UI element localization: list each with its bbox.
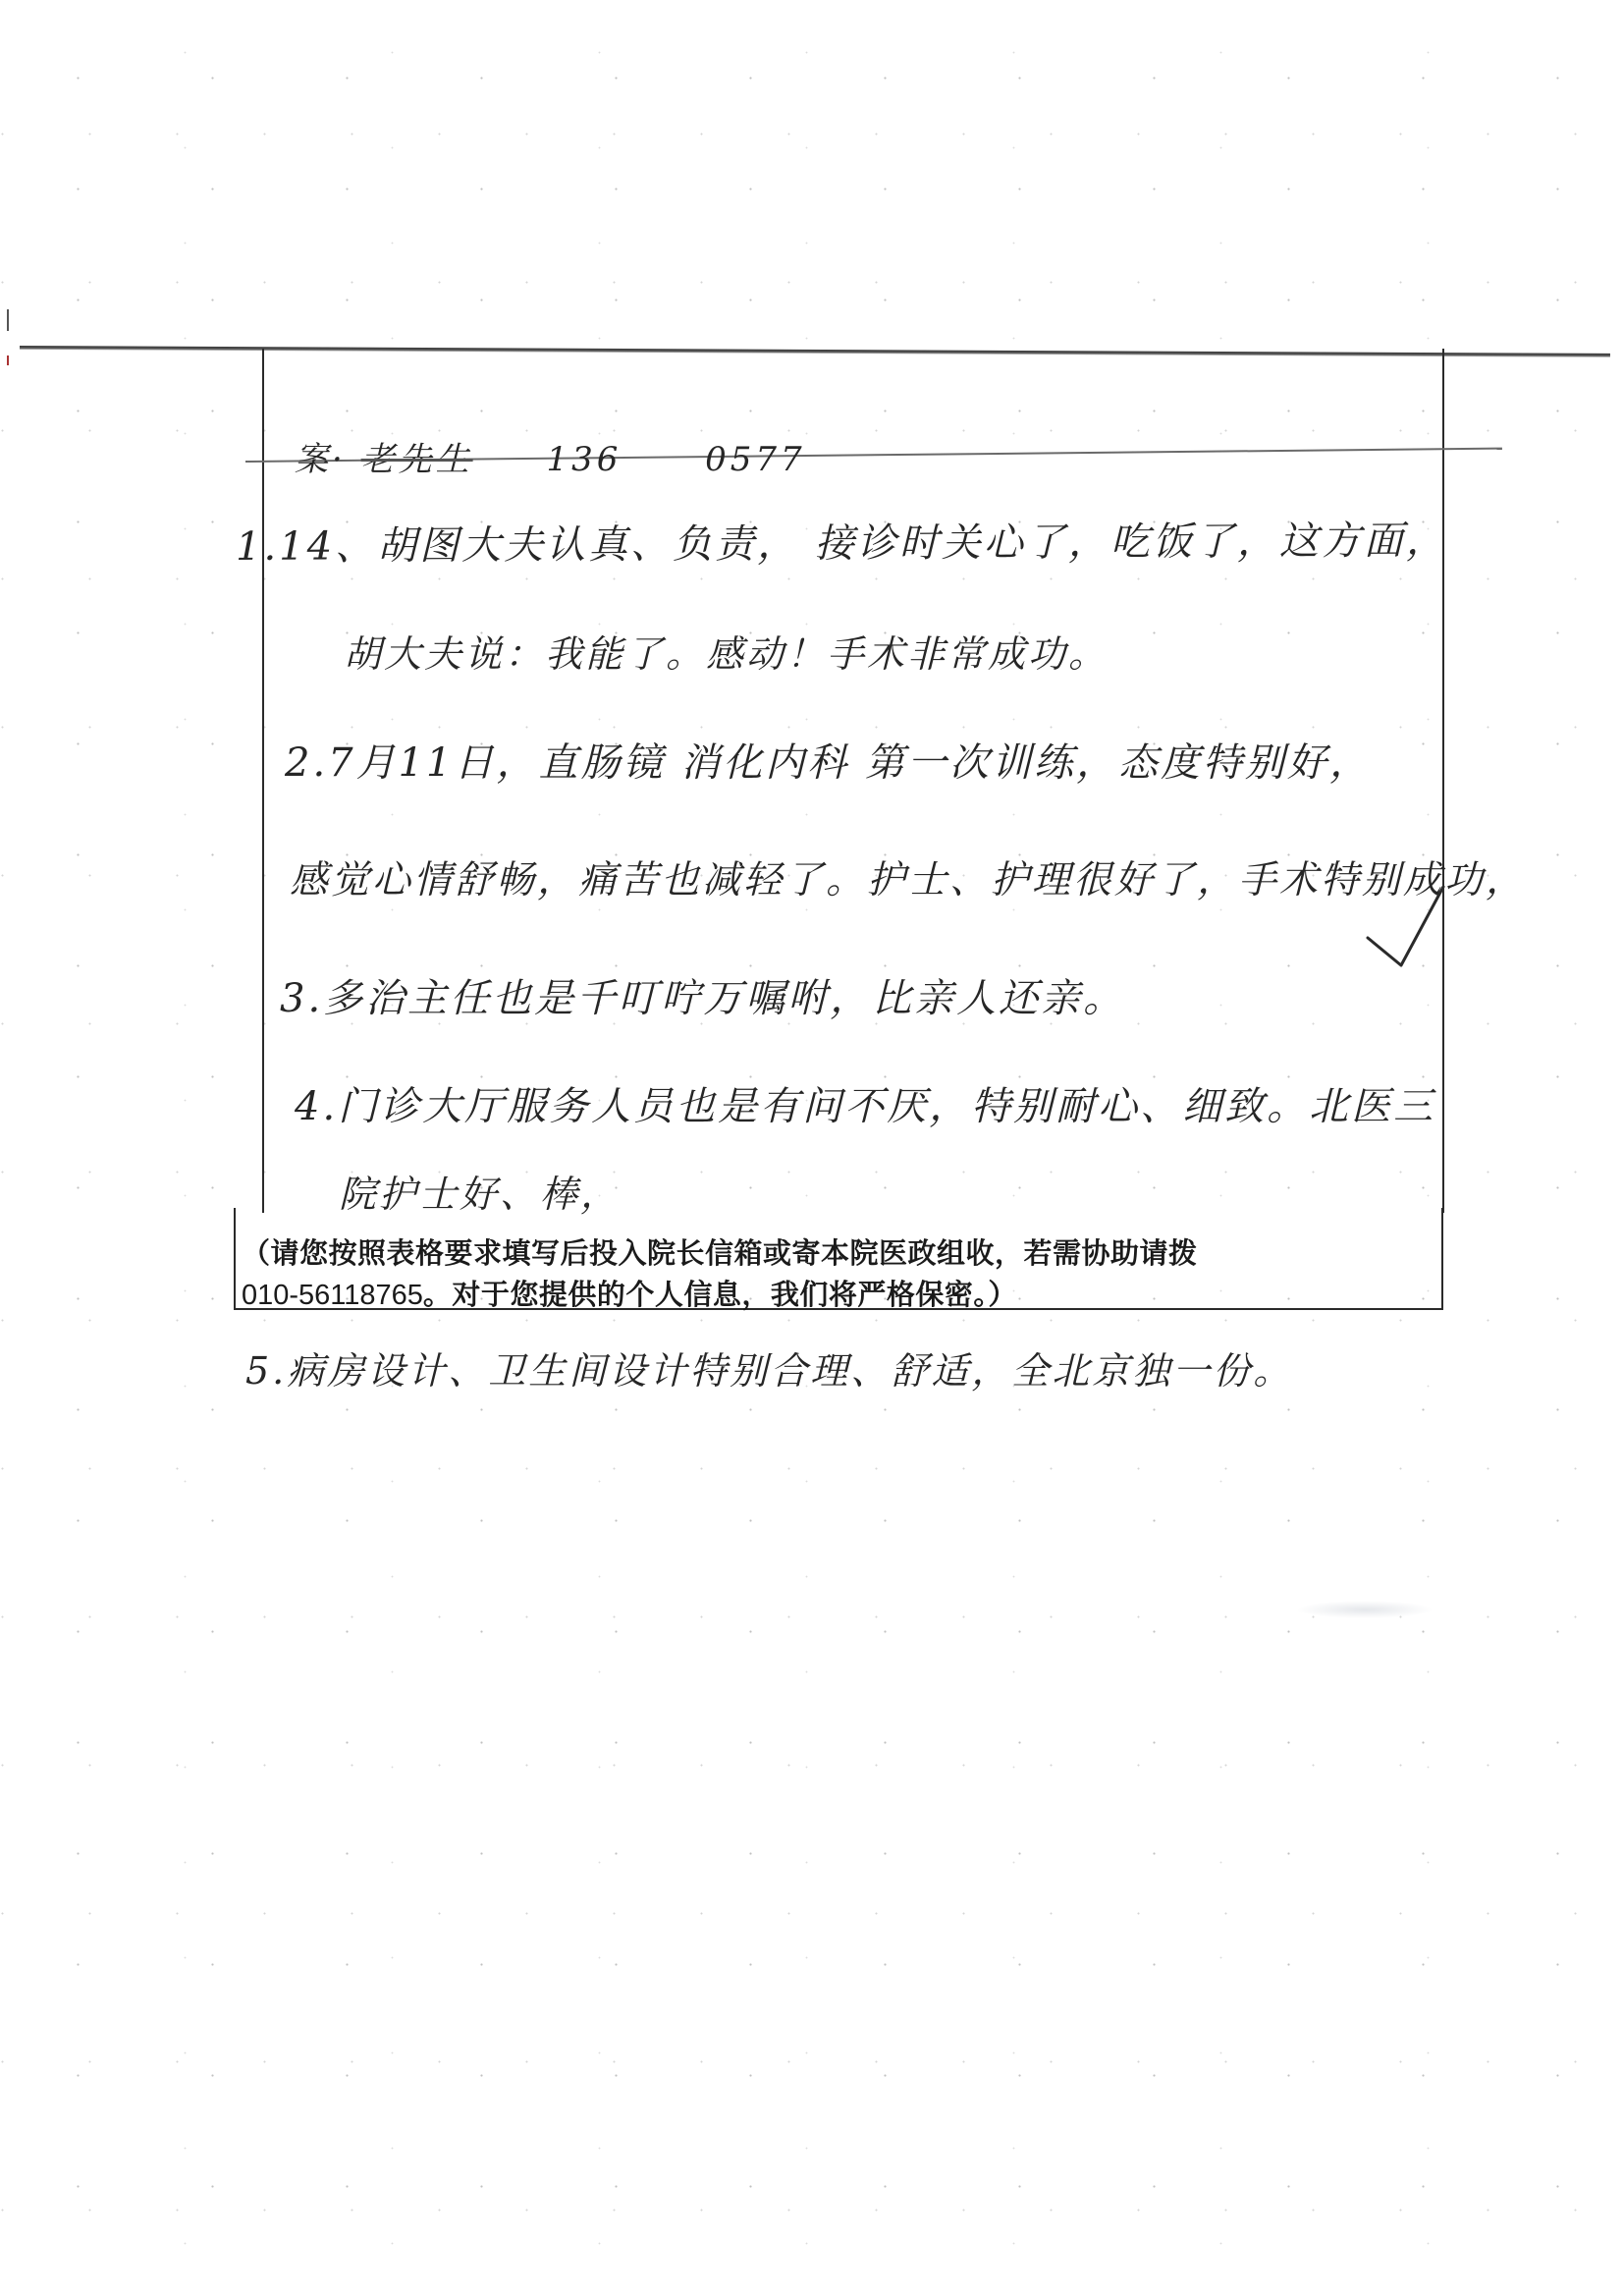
handwritten-contact-header: 案· 老先生 136 0577 [295,432,806,480]
header-prefix: 案· [295,440,347,479]
entry-1-line-1: 1.14、胡图大夫认真、负责， 接诊时关心了，吃饭了，这方面， [236,510,1448,572]
phone-fragment-2: 0577 [705,440,806,479]
entry-2-line-1: 2.7月11日，直肠镜 消化内科 第一次训练，态度特别好， [285,732,1372,788]
entry-4-line-2: 院护士好、棒， [339,1164,621,1218]
checkmark-icon [1360,879,1448,997]
margin-mark [7,309,9,331]
struck-name: 老先生 [361,440,473,479]
instruction-line-1: （请您按照表格要求填写后投入院长信箱或寄本院医政组收，若需协助请拨 [242,1236,1198,1270]
phone-fragment-1: 136 [546,440,622,479]
entry-3-line-1: 3.多治主任也是千叮咛万嘱咐，比亲人还亲。 [280,967,1125,1023]
printed-instruction: （请您按照表格要求填写后投入院长信箱或寄本院医政组收，若需协助请拨 010-56… [242,1232,1420,1316]
entry-4-line-1: 4.门诊大厅服务人员也是有问不厌，特别耐心、细致。北医三 [295,1075,1435,1131]
instruction-line-2: 010-56118765。对于您提供的个人信息，我们将严格保密。） [242,1274,1420,1316]
entry-1-line-2: 胡大夫说：我能了。感动！手术非常成功。 [344,624,1109,678]
entry-2-line-2: 感觉心情舒畅，痛苦也减轻了。护士、护理很好了，手术特别成功， [290,849,1527,904]
scan-smudge [1296,1601,1434,1618]
hotline-number: 010-56118765 [242,1280,423,1311]
entry-5-line-1: 5.病房设计、卫生间设计特别合理、舒适，全北京独一份。 [245,1340,1293,1394]
margin-mark [7,355,9,365]
privacy-note: 。对于您提供的个人信息，我们将严格保密。） [423,1278,1017,1311]
